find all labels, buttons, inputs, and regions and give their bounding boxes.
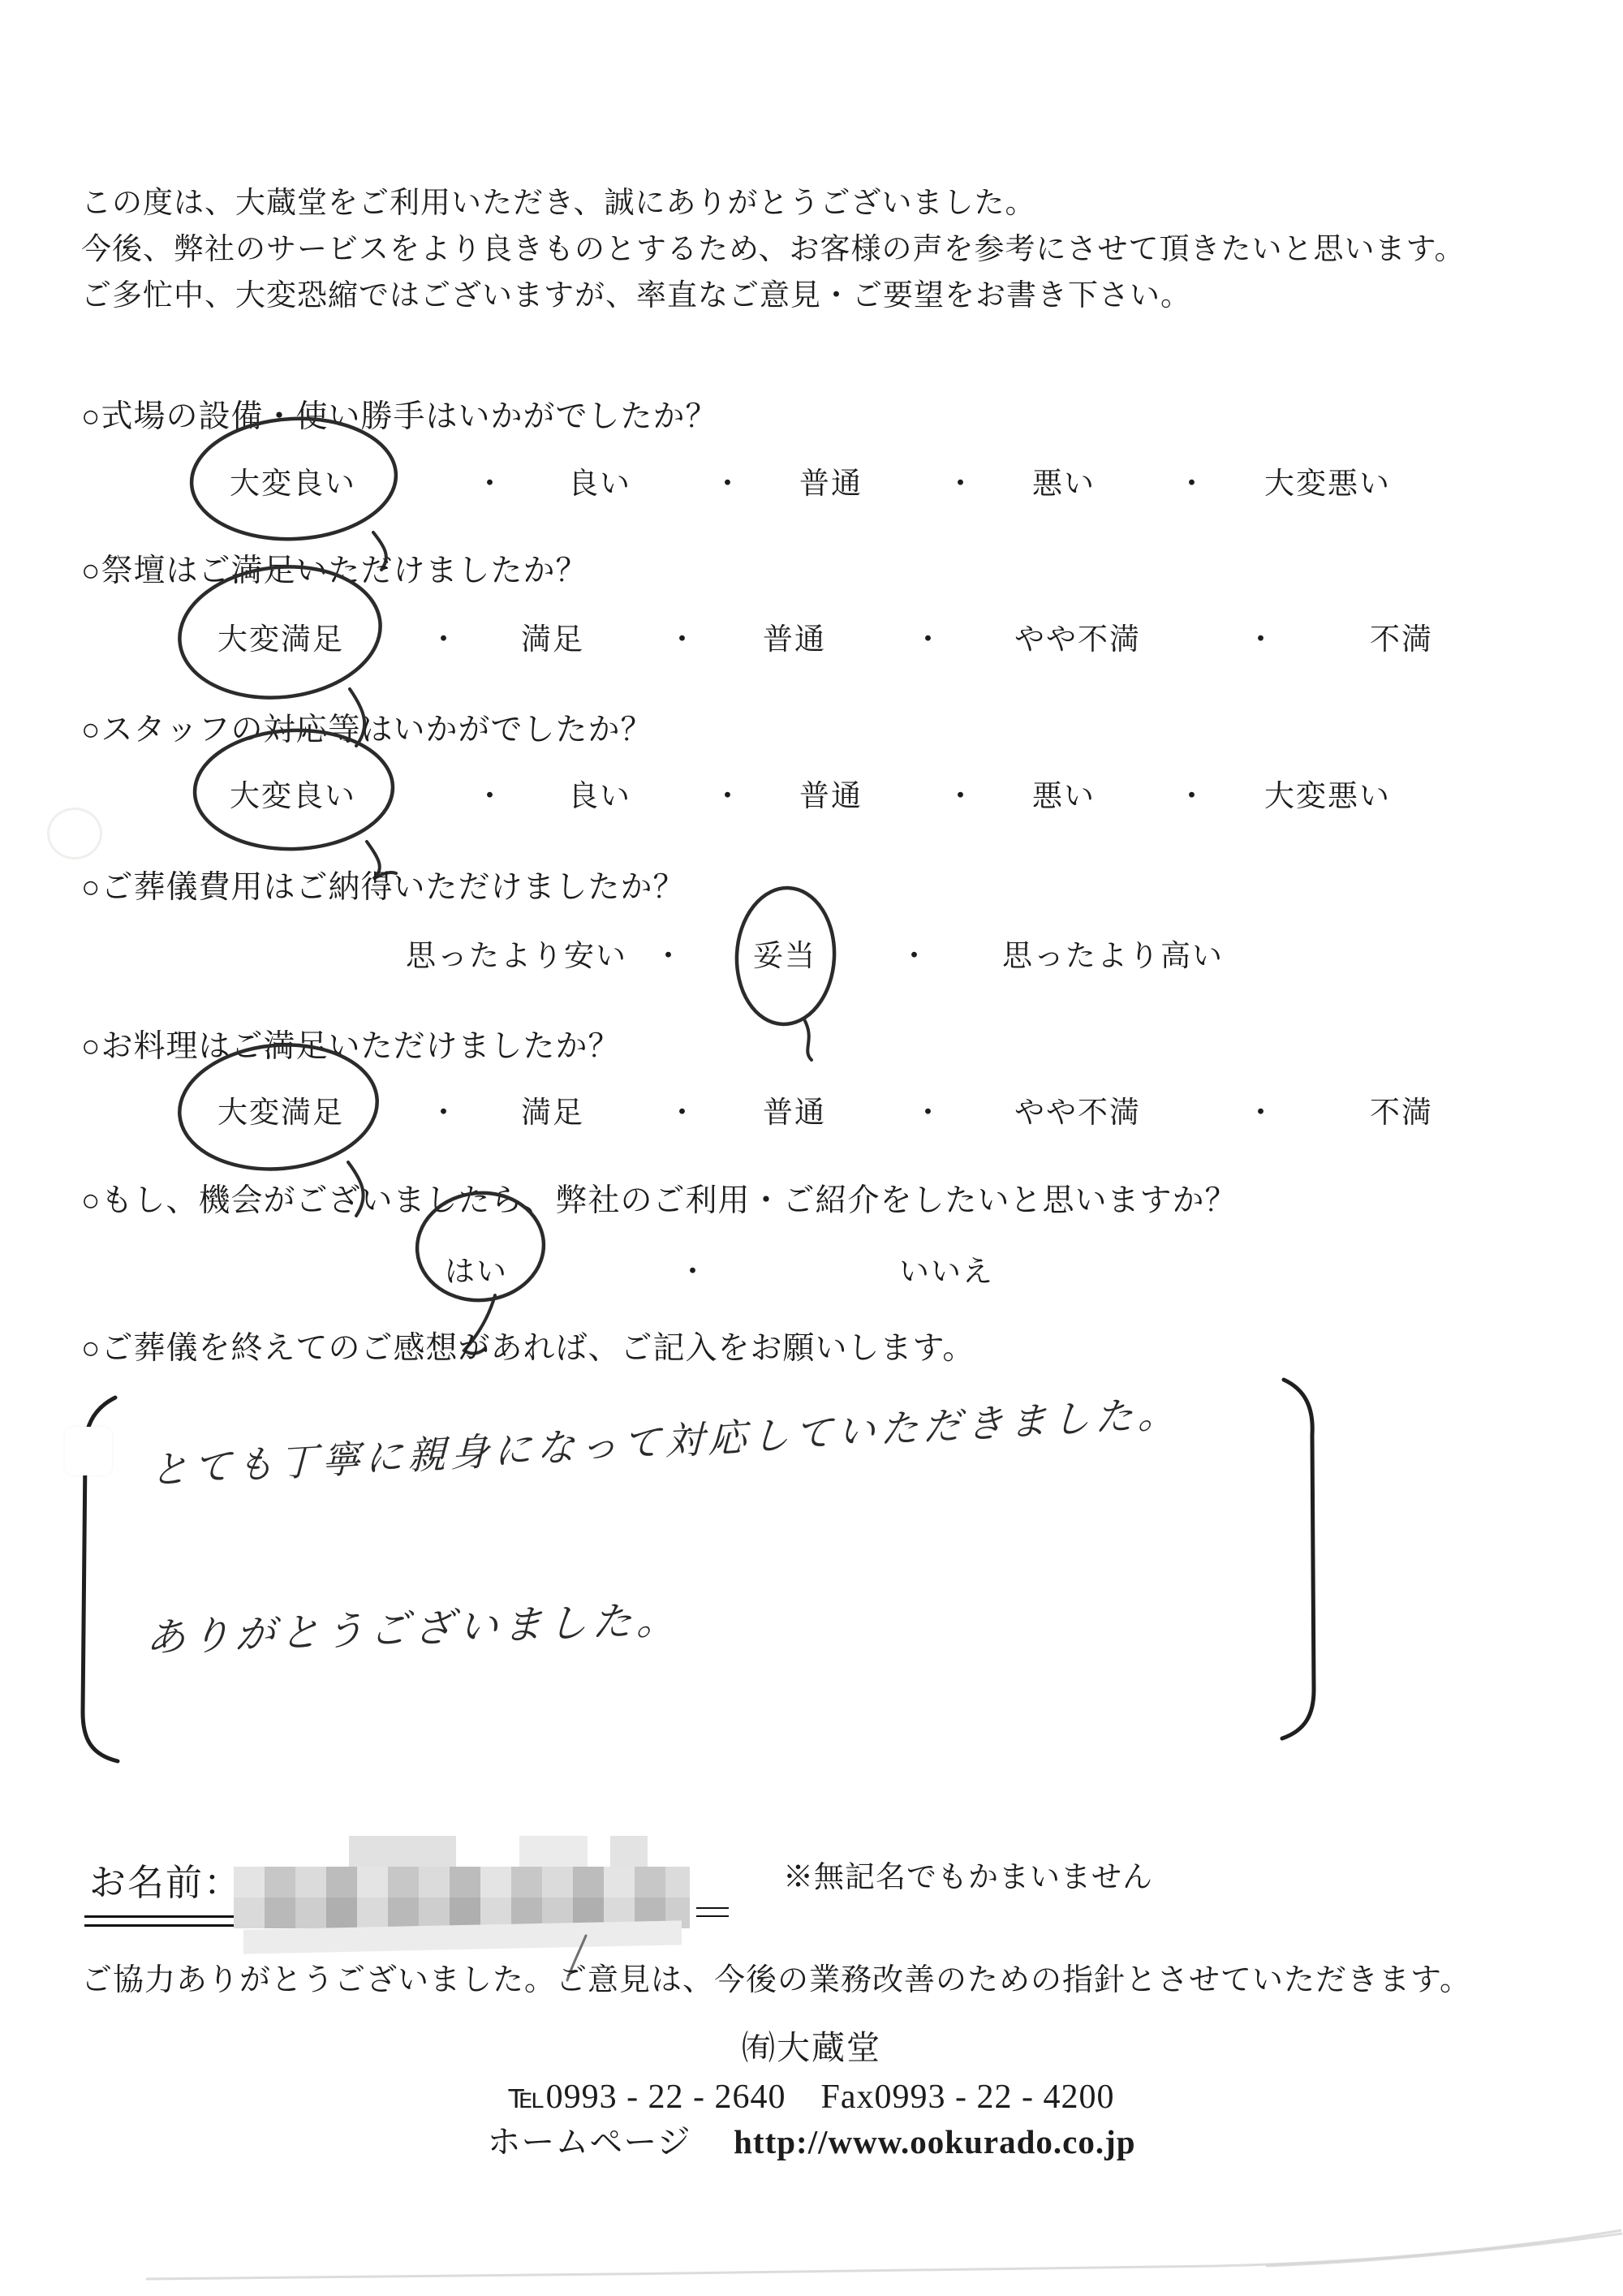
- intro-line-3: ご多忙中、大変恐縮ではございますが、率直なご意見・ご要望をお書き下さい。: [81, 273, 1466, 319]
- option-separator: ・: [475, 771, 505, 815]
- option-separator: ・: [667, 1088, 697, 1131]
- q1-option-good: 良い: [568, 459, 631, 502]
- option-separator: ・: [913, 614, 943, 658]
- q6-option-no: いいえ: [899, 1247, 994, 1290]
- option-separator: ・: [945, 771, 975, 815]
- question-7-title: ○ご葬儀を終えてのご感想があれば、ご記入をお願いします。: [81, 1323, 975, 1368]
- q5-option-normal: 普通: [763, 1088, 826, 1131]
- q2-option-normal: 普通: [763, 614, 826, 658]
- q4-option-cheaper: 思ったより安い: [406, 931, 627, 975]
- comment-handwriting-line-2: ありがとうございました。: [145, 1588, 682, 1664]
- hole-punch-shadow: [47, 808, 102, 859]
- homepage-line: ホームページ http://www.ookurado.co.jp: [0, 2115, 1623, 2163]
- anonymous-note: ※無記名でもかまいません: [783, 1852, 1153, 1896]
- homepage-url: http://www.ookurado.co.jp: [734, 2123, 1135, 2160]
- q3-option-very-bad: 大変悪い: [1264, 771, 1391, 815]
- q1-option-very-bad: 大変悪い: [1264, 459, 1391, 502]
- whiteout-blob: [65, 1427, 112, 1475]
- q5-option-unsatisfied: 不満: [1370, 1088, 1433, 1131]
- q5-option-somewhat-unsatisfied: やや不満: [1014, 1088, 1141, 1131]
- name-label: お名前：: [89, 1853, 242, 1906]
- option-separator: ・: [678, 1247, 708, 1290]
- option-separator: ・: [1177, 459, 1207, 502]
- comment-handwriting-line-1: とても丁寧に親身になって対応していただきました。: [150, 1383, 1182, 1495]
- option-separator: ・: [1177, 771, 1207, 815]
- censored-name-block: [349, 1836, 456, 1870]
- option-separator: ・: [1246, 1088, 1276, 1131]
- question-6-title: ○もし、機会がございましたら、弊社のご利用・ご紹介をしたいと思いますか？: [81, 1175, 1238, 1221]
- censored-name-block: [610, 1836, 648, 1870]
- company-name: ㈲大蔵堂: [0, 2021, 1623, 2069]
- option-separator: ・: [475, 459, 505, 502]
- q2-option-satisfied: 満足: [521, 614, 584, 658]
- option-separator: ・: [428, 1088, 458, 1131]
- survey-scan-page: この度は、大蔵堂をご利用いただき、誠にありがとうございました。 今後、弊社のサー…: [0, 0, 1623, 2296]
- option-separator: ・: [1246, 614, 1276, 658]
- option-separator: ・: [913, 1088, 943, 1131]
- option-separator: ・: [899, 931, 929, 975]
- intro-paragraph: この度は、大蔵堂をご利用いただき、誠にありがとうございました。 今後、弊社のサー…: [81, 180, 1466, 319]
- tel-fax-line: ℡0993 - 22 - 2640 Fax0993 - 22 - 4200: [0, 2070, 1623, 2118]
- comment-right-bracket: [1276, 1376, 1324, 1743]
- paper-edge-scan-line: [0, 2224, 1623, 2296]
- intro-line-1: この度は、大蔵堂をご利用いただき、誠にありがとうございました。: [81, 180, 1466, 226]
- name-underline-end-mark: [696, 1907, 729, 1917]
- option-separator: ・: [712, 459, 743, 502]
- q3-option-normal: 普通: [799, 771, 863, 815]
- q3-option-bad: 悪い: [1032, 771, 1096, 815]
- option-separator: ・: [712, 771, 743, 815]
- closing-thanks-line: ご協力ありがとうございました。ご意見は、今後の業務改善のための指針とさせていただ…: [81, 1954, 1471, 1999]
- intro-line-2: 今後、弊社のサービスをより良きものとするため、お客様の声を参考にさせて頂きたいと…: [81, 226, 1466, 273]
- q4-option-expensive: 思ったより高い: [1002, 931, 1224, 975]
- q1-option-normal: 普通: [799, 459, 863, 502]
- q2-option-somewhat-unsatisfied: やや不満: [1014, 614, 1141, 658]
- q2-option-unsatisfied: 不満: [1370, 614, 1433, 658]
- q5-option-satisfied: 満足: [521, 1088, 584, 1131]
- homepage-label: ホームページ: [487, 2123, 691, 2160]
- q3-option-good: 良い: [568, 771, 631, 815]
- pen-circle-q4: [722, 875, 860, 1070]
- option-separator: ・: [653, 931, 683, 975]
- option-separator: ・: [945, 459, 975, 502]
- censored-name-mosaic: [234, 1867, 690, 1928]
- option-separator: ・: [667, 614, 697, 658]
- option-separator: ・: [428, 614, 458, 658]
- question-4-title: ○ご葬儀費用はご納得いただけましたか？: [81, 862, 686, 907]
- q1-option-bad: 悪い: [1032, 459, 1096, 502]
- censored-name-block: [519, 1836, 588, 1870]
